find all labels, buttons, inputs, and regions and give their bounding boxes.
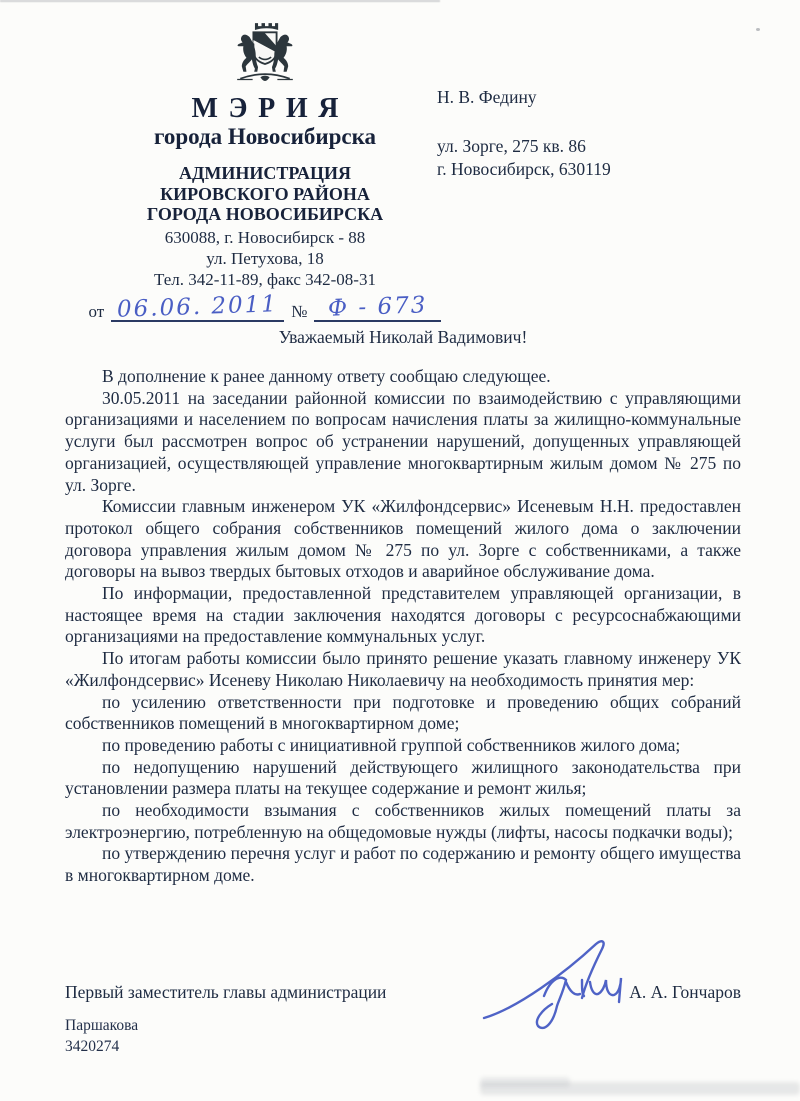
- body-paragraph: Комиссии главным инженером УК «Жилфондсе…: [65, 496, 741, 583]
- body-paragraph: В дополнение к ранее данному ответу сооб…: [65, 366, 741, 388]
- coat-of-arms-novosibirsk-icon: [226, 20, 304, 88]
- executor-block: Паршакова 3420274: [65, 1016, 138, 1058]
- org-phone-fax: Тел. 342-11-89, факс 342-08-31: [75, 270, 455, 291]
- body-paragraph: по усилению ответственности при подготов…: [65, 692, 741, 735]
- body-paragraph: По информации, предоставленной представи…: [65, 583, 741, 648]
- recipient-street: ул. Зорге, 275 кв. 86: [437, 135, 611, 158]
- handwritten-signature: [478, 938, 663, 1038]
- salutation: Уважаемый Николай Вадимович!: [65, 327, 741, 348]
- letter-body: В дополнение к ранее данному ответу сооб…: [65, 366, 741, 887]
- executor-name: Паршакова: [65, 1016, 138, 1037]
- scan-artifact-bottom-middle: [480, 1077, 570, 1087]
- body-paragraph: по необходимости взымания с собственнико…: [65, 800, 741, 843]
- recipient-name: Н. В. Федину: [437, 86, 611, 109]
- body-paragraph: По итогам работы комиссии было принято р…: [65, 648, 741, 691]
- dept-line-3: ГОРОДА НОВОСИБИРСКА: [75, 204, 455, 225]
- ref-number-label: №: [291, 302, 307, 322]
- ref-date-slot: 06.06. 2011: [111, 296, 284, 322]
- department-name: АДМИНИСТРАЦИЯ КИРОВСКОГО РАЙОНА ГОРОДА Н…: [75, 163, 455, 225]
- ref-prefix-label: от: [89, 302, 105, 322]
- org-postal-address: 630088, г. Новосибирск - 88: [75, 228, 455, 249]
- org-subtitle: города Новосибирска: [75, 123, 455, 151]
- org-street-address: ул. Петухова, 18: [75, 249, 455, 270]
- scan-artifact-top-edge: [0, 0, 440, 2]
- handwritten-date: 06.06. 2011: [117, 293, 279, 322]
- body-paragraph: по недопущению нарушений действующего жи…: [65, 757, 741, 800]
- body-paragraph: по утверждению перечня услуг и работ по …: [65, 843, 741, 886]
- scan-artifact-bottom-right: [480, 1082, 800, 1095]
- dept-line-1: АДМИНИСТРАЦИЯ: [75, 163, 455, 184]
- org-address: 630088, г. Новосибирск - 88 ул. Петухова…: [75, 228, 455, 290]
- ref-number-slot: Ф - 673: [314, 296, 441, 322]
- org-title: МЭРИЯ: [75, 94, 455, 123]
- letterhead: МЭРИЯ города Новосибирска АДМИНИСТРАЦИЯ …: [75, 20, 455, 322]
- handwritten-ref-number: Ф - 673: [328, 295, 428, 321]
- scan-artifact-dot: [756, 28, 760, 31]
- dept-line-2: КИРОВСКОГО РАЙОНА: [75, 184, 455, 205]
- recipient-block: Н. В. Федину ул. Зорге, 275 кв. 86 г. Но…: [437, 86, 611, 180]
- scanned-letter-page: МЭРИЯ города Новосибирска АДМИНИСТРАЦИЯ …: [0, 0, 800, 1101]
- executor-phone: 3420274: [65, 1037, 138, 1058]
- recipient-city: г. Новосибирск, 630119: [437, 158, 611, 181]
- signer-position-title: Первый заместитель главы администрации: [65, 982, 386, 1003]
- reference-line: от 06.06. 2011 № Ф - 673: [75, 296, 455, 322]
- body-paragraph: по проведению работы с инициативной груп…: [65, 735, 741, 757]
- body-paragraph: 30.05.2011 на заседании районной комисси…: [65, 388, 741, 497]
